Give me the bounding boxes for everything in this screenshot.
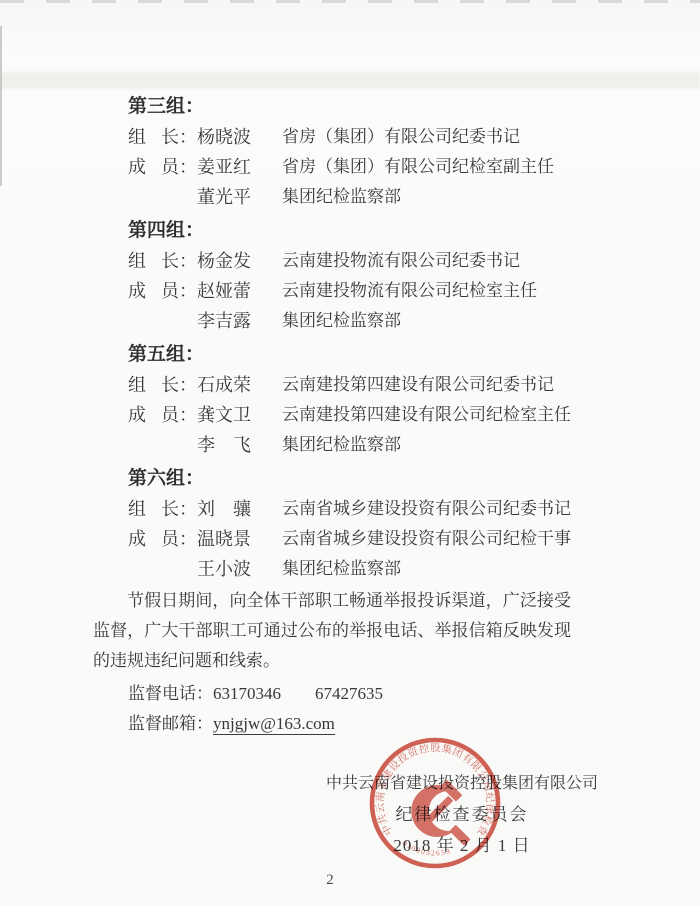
- member-name: 杨晓波: [197, 122, 282, 152]
- member-row: 组长： 杨晓波 省房（集团）有限公司纪委书记: [128, 122, 571, 152]
- member-name: 李吉露: [197, 306, 282, 336]
- document-page: 第三组： 组长： 杨晓波 省房（集团）有限公司纪委书记 成员： 姜亚红 省房（集…: [0, 0, 700, 906]
- role-label: [128, 182, 197, 212]
- phone-line: 监督电话：63170346 67427635: [128, 679, 571, 709]
- member-title: 云南省城乡建设投资有限公司纪委书记: [282, 494, 571, 524]
- role-label: 成员：: [128, 524, 197, 554]
- role-char: 组: [128, 122, 146, 152]
- role-char: 员：: [161, 524, 197, 554]
- member-name: 王小波: [197, 554, 282, 584]
- member-name: 李 飞: [197, 430, 282, 460]
- role-label: 组长：: [128, 246, 197, 276]
- member-title: 云南建投第四建设有限公司纪检室主任: [282, 400, 571, 430]
- member-title: 集团纪检监察部: [282, 554, 571, 584]
- member-row: 李吉露 集团纪检监察部: [128, 306, 571, 336]
- group-heading: 第三组：: [128, 92, 571, 122]
- member-name: 姜亚红: [197, 152, 282, 182]
- email-line: 监督邮箱：ynjgjw@163.com: [128, 709, 571, 739]
- role-label: 成员：: [128, 152, 197, 182]
- role-char: 员：: [161, 400, 197, 430]
- role-label: 组长：: [128, 122, 197, 152]
- member-row: 成员： 姜亚红 省房（集团）有限公司纪检室副主任: [128, 152, 571, 182]
- member-row: 成员： 温晓景 云南省城乡建设投资有限公司纪检干事: [128, 524, 571, 554]
- committee-line: 纪律检查委员会: [326, 799, 598, 830]
- email-label: 监督邮箱：: [128, 714, 213, 733]
- member-title: 集团纪检监察部: [282, 182, 571, 212]
- scan-artifact-top-edge: [0, 0, 700, 3]
- role-char: 组: [128, 370, 146, 400]
- document-body: 第三组： 组长： 杨晓波 省房（集团）有限公司纪委书记 成员： 姜亚红 省房（集…: [93, 88, 571, 739]
- role-label: 成员：: [128, 400, 197, 430]
- role-char: 员：: [161, 152, 197, 182]
- member-row: 王小波 集团纪检监察部: [128, 554, 571, 584]
- member-title: 云南建投物流有限公司纪委书记: [282, 246, 571, 276]
- role-label: 组长：: [128, 494, 197, 524]
- member-row: 成员： 赵娅蕾 云南建投物流有限公司纪检室主任: [128, 276, 571, 306]
- date-line: 2018 年 2 月 1 日: [326, 830, 598, 861]
- member-row: 组长： 石成荣 云南建投第四建设有限公司纪委书记: [128, 370, 571, 400]
- role-char: 成: [128, 524, 146, 554]
- member-row: 组长： 杨金发 云南建投物流有限公司纪委书记: [128, 246, 571, 276]
- role-char: 长：: [161, 370, 197, 400]
- role-label: [128, 430, 197, 460]
- phone-label: 监督电话：: [128, 684, 213, 703]
- member-name: 董光平: [197, 182, 282, 212]
- group-heading: 第五组：: [128, 340, 571, 370]
- role-char: 成: [128, 400, 146, 430]
- phone-numbers: 63170346 67427635: [213, 684, 383, 703]
- member-name: 杨金发: [197, 246, 282, 276]
- role-char: 组: [128, 494, 146, 524]
- group-heading: 第四组：: [128, 216, 571, 246]
- role-char: 长：: [161, 122, 197, 152]
- member-row: 李 飞 集团纪检监察部: [128, 430, 571, 460]
- member-name: 赵娅蕾: [197, 276, 282, 306]
- email-address: ynjgjw@163.com: [213, 714, 335, 735]
- member-title: 云南建投物流有限公司纪检室主任: [282, 276, 571, 306]
- member-title: 云南建投第四建设有限公司纪委书记: [282, 370, 571, 400]
- role-label: [128, 554, 197, 584]
- member-row: 董光平 集团纪检监察部: [128, 182, 571, 212]
- signature-block: 中共云南省建设投资控股集团有限公司 纪律检查委员会 2018 年 2 月 1 日: [326, 768, 598, 861]
- member-row: 组长： 刘 骧 云南省城乡建设投资有限公司纪委书记: [128, 494, 571, 524]
- page-number: 2: [300, 872, 360, 889]
- member-title: 集团纪检监察部: [282, 430, 571, 460]
- role-label: 成员：: [128, 276, 197, 306]
- member-name: 石成荣: [197, 370, 282, 400]
- role-char: 长：: [161, 494, 197, 524]
- member-name: 龚文卫: [197, 400, 282, 430]
- member-title: 云南省城乡建设投资有限公司纪检干事: [282, 524, 571, 554]
- role-char: 成: [128, 152, 146, 182]
- role-char: 员：: [161, 276, 197, 306]
- role-char: 长：: [161, 246, 197, 276]
- role-label: [128, 306, 197, 336]
- org-name-line: 中共云南省建设投资控股集团有限公司: [326, 768, 598, 799]
- member-row: 成员： 龚文卫 云南建投第四建设有限公司纪检室主任: [128, 400, 571, 430]
- member-title: 集团纪检监察部: [282, 306, 571, 336]
- role-char: 成: [128, 276, 146, 306]
- member-title: 省房（集团）有限公司纪检室副主任: [282, 152, 571, 182]
- scan-artifact-left-edge: [0, 26, 2, 186]
- scan-artifact-band: [0, 72, 700, 89]
- notice-paragraph: 节假日期间，向全体干部职工畅通举报投诉渠道，广泛接受监督，广大干部职工可通过公布…: [93, 586, 571, 676]
- group-heading: 第六组：: [128, 464, 571, 494]
- role-label: 组长：: [128, 370, 197, 400]
- role-char: 组: [128, 246, 146, 276]
- member-name: 刘 骧: [197, 494, 282, 524]
- member-title: 省房（集团）有限公司纪委书记: [282, 122, 571, 152]
- member-name: 温晓景: [197, 524, 282, 554]
